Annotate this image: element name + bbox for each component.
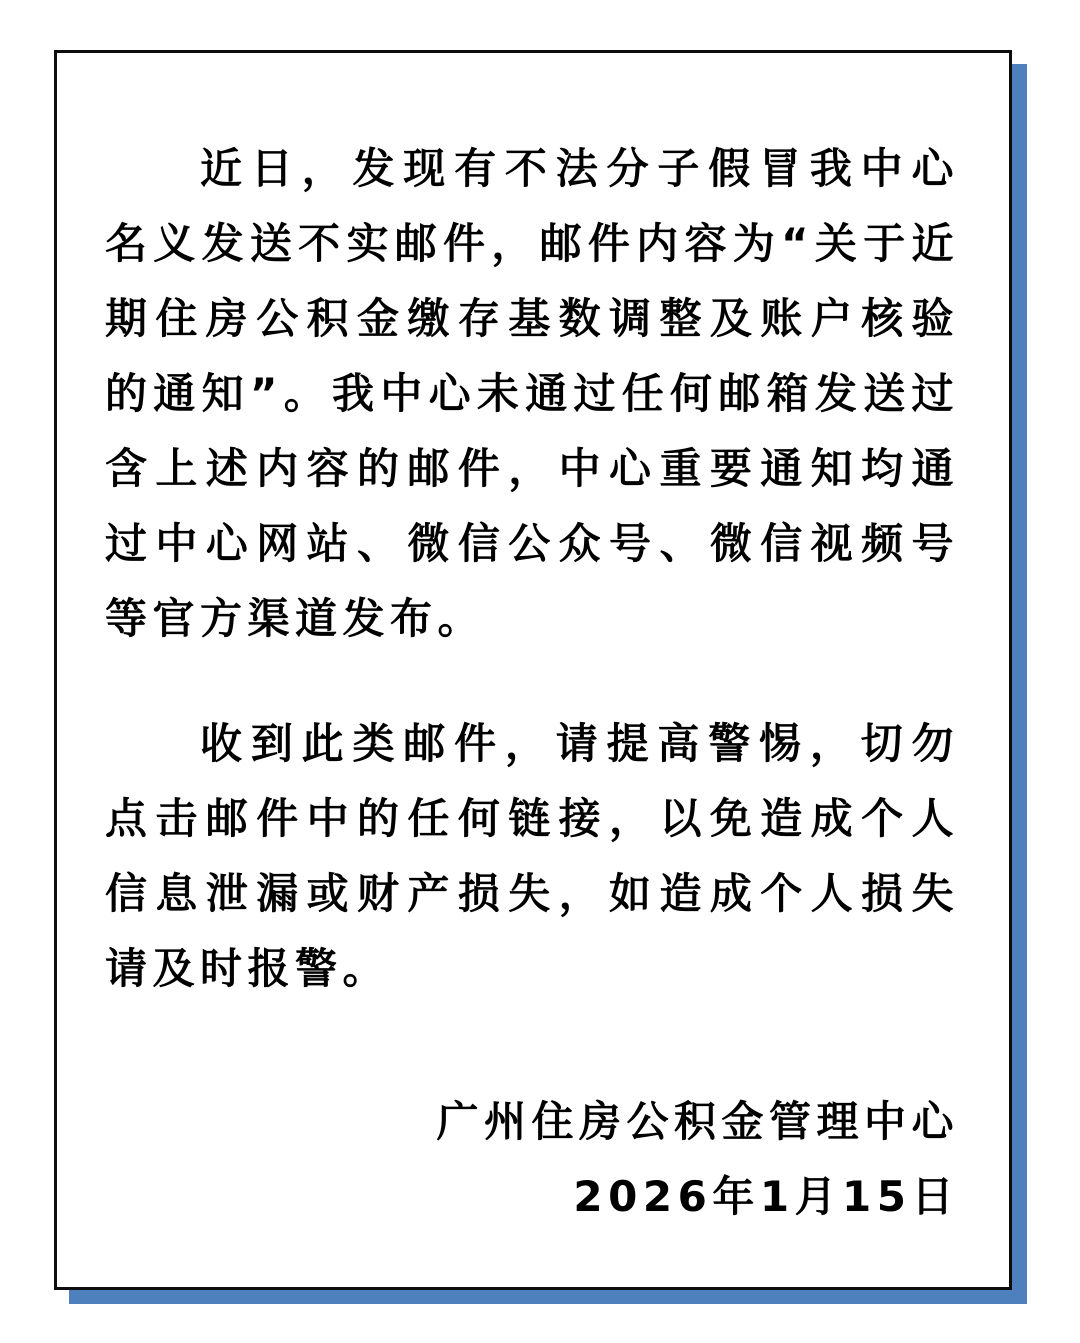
- signature-date: 2026年1月15日: [105, 1159, 959, 1234]
- notice-paragraph-1: 近日，发现有不法分子假冒我中心名义发送不实邮件，邮件内容为“关于近期住房公积金缴…: [105, 131, 959, 656]
- notice-card: 近日，发现有不法分子假冒我中心名义发送不实邮件，邮件内容为“关于近期住房公积金缴…: [54, 50, 1012, 1290]
- signature-block: 广州住房公积金管理中心 2026年1月15日: [105, 1084, 959, 1234]
- notice-paragraph-2: 收到此类邮件，请提高警惕，切勿点击邮件中的任何链接，以免造成个人信息泄漏或财产损…: [105, 706, 959, 1006]
- page-background: 近日，发现有不法分子假冒我中心名义发送不实邮件，邮件内容为“关于近期住房公积金缴…: [0, 0, 1080, 1343]
- notice-body: 近日，发现有不法分子假冒我中心名义发送不实邮件，邮件内容为“关于近期住房公积金缴…: [105, 131, 959, 1006]
- signature-organization: 广州住房公积金管理中心: [105, 1084, 959, 1159]
